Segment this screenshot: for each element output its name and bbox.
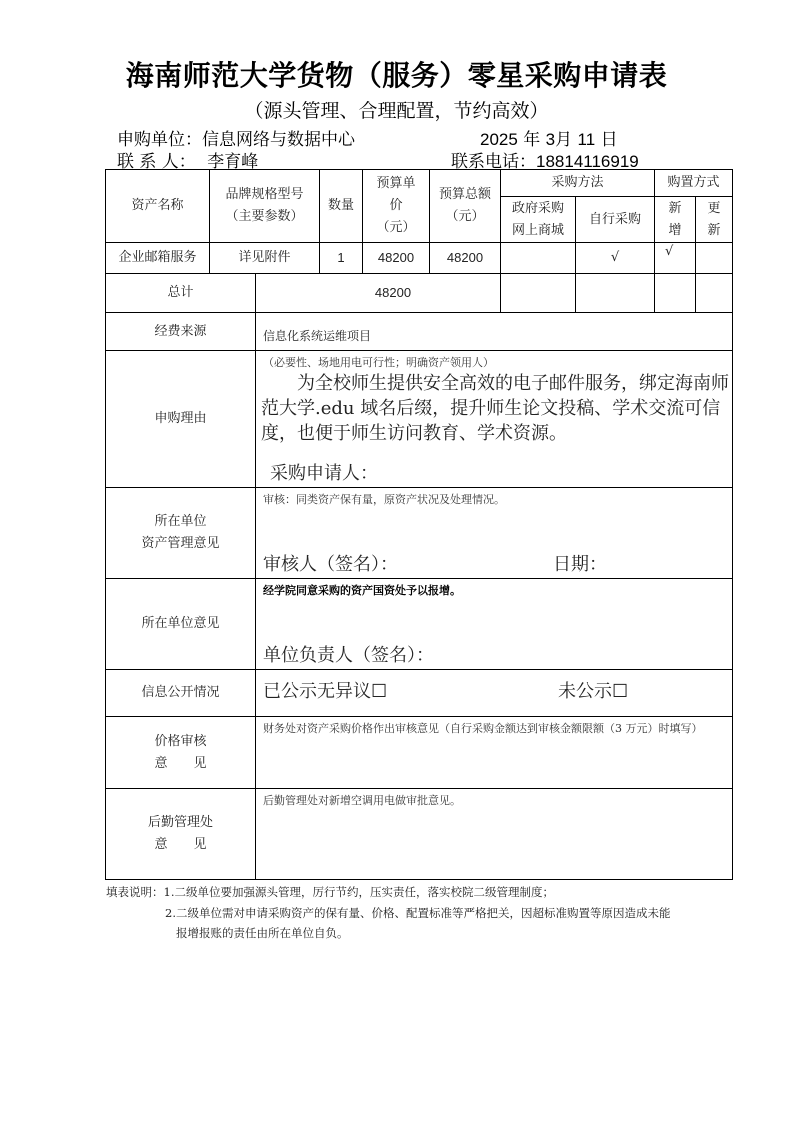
reason-hint: （必要性、场地用电可行性；明确资产领用人） <box>263 356 494 370</box>
header-purchase-type: 购置方式 <box>655 170 733 197</box>
header-unit-price: 预算单 价 （元） <box>363 170 430 243</box>
logistics-label: 后勤管理处 意 见 <box>106 789 256 880</box>
footnote-1: 填表说明：1.二级单位要加强源头管理，厉行节约，压实责任，落实校院二级管理制度； <box>106 884 554 900</box>
cell-self-purchase-checkmark[interactable]: √ <box>576 243 655 274</box>
price-review-label-line1: 价格审核 <box>106 731 255 753</box>
reason-field[interactable]: （必要性、场地用电可行性；明确资产领用人） 为全校师生提供安全高效的电子邮件服务… <box>256 351 733 488</box>
header-purchase-method: 采购方法 <box>501 170 655 197</box>
funding-label: 经费来源 <box>106 313 256 351</box>
header-new: 新 增 <box>655 197 696 243</box>
cell-renew[interactable] <box>696 243 733 274</box>
form-title: 海南师范大学货物（服务）零星采购申请表 <box>0 54 793 94</box>
logistics-row: 后勤管理处 意 见 后勤管理处对新增空调用电做审批意见。 <box>106 789 733 880</box>
unit-head-signature-label: 单位负责人（签名）： <box>263 645 434 667</box>
total-renew <box>696 274 733 313</box>
price-review-label: 价格审核 意 见 <box>106 717 256 789</box>
footnote-prefix: 填表说明： <box>106 885 164 899</box>
header-asset-name: 资产名称 <box>106 170 210 243</box>
asset-mgmt-label-line2: 资产管理意见 <box>106 533 255 555</box>
reason-row: 申购理由 （必要性、场地用电可行性；明确资产领用人） 为全校师生提供安全高效的电… <box>106 351 733 488</box>
disclosure-row: 信息公开情况 已公示无异议☐ 未公示☐ <box>106 670 733 717</box>
header-new-line1: 新 <box>655 198 695 220</box>
header-renew: 更 新 <box>696 197 733 243</box>
form-subtitle: （源头管理、合理配置，节约高效） <box>0 96 793 123</box>
price-review-hint: 财务处对资产采购价格作出审核意见（自行采购金额达到审核金额限额（3 万元）时填写… <box>263 722 703 736</box>
disclosure-field: 已公示无异议☐ 未公示☐ <box>256 670 733 717</box>
header-total-line1: 预算总额 <box>430 184 500 206</box>
total-gov-mall <box>501 274 576 313</box>
footnote-2: 2.二级单位需对申请采购资产的保有量、价格、配置标准等严格把关，因超标准购置等原… <box>165 905 670 921</box>
reason-body: 为全校师生提供安全高效的电子邮件服务，绑定海南师范大学.edu 域名后缀，提升师… <box>261 371 731 446</box>
logistics-hint: 后勤管理处对新增空调用电做审批意见。 <box>263 794 461 808</box>
cell-total: 48200 <box>430 243 501 274</box>
header-brand-spec-line1: 品牌规格型号 <box>210 184 319 206</box>
logistics-field[interactable]: 后勤管理处对新增空调用电做审批意见。 <box>256 789 733 880</box>
total-row: 总计 48200 <box>106 274 733 313</box>
asset-mgmt-label: 所在单位 资产管理意见 <box>106 488 256 579</box>
funding-value: 信息化系统运维项目 <box>263 325 371 347</box>
unit-opinion-field[interactable]: 经学院同意采购的资产国资处予以报增。 单位负责人（签名）： <box>256 579 733 670</box>
approval-table: 经费来源 信息化系统运维项目 申购理由 （必要性、场地用电可行性；明确资产领用人… <box>105 312 733 880</box>
cell-asset-name: 企业邮箱服务 <box>106 243 210 274</box>
logistics-label-line2: 意 见 <box>106 834 255 856</box>
header-renew-line2: 新 <box>696 220 732 242</box>
applicant-signature-label: 采购申请人： <box>270 463 378 485</box>
asset-mgmt-hint: 审核：同类资产保有量，原资产状况及处理情况。 <box>263 493 505 507</box>
header-self-purchase: 自行采购 <box>576 197 655 243</box>
checkbox-not-published[interactable]: 未公示☐ <box>558 681 628 703</box>
total-label: 总计 <box>106 274 256 313</box>
funding-row: 经费来源 信息化系统运维项目 <box>106 313 733 351</box>
cell-gov-mall[interactable] <box>501 243 576 274</box>
header-new-line2: 增 <box>655 220 695 242</box>
header-total-line2: （元） <box>430 206 500 228</box>
asset-mgmt-label-line1: 所在单位 <box>106 511 255 533</box>
header-unit-price-line3: （元） <box>363 217 429 239</box>
cell-brand-spec: 详见附件 <box>210 243 320 274</box>
header-brand-spec: 品牌规格型号 （主要参数） <box>210 170 320 243</box>
unit-opinion-row: 所在单位意见 经学院同意采购的资产国资处予以报增。 单位负责人（签名）： <box>106 579 733 670</box>
unit-opinion-label: 所在单位意见 <box>106 579 256 670</box>
unit-opinion-hint: 经学院同意采购的资产国资处予以报增。 <box>263 584 461 598</box>
procurement-table: 资产名称 品牌规格型号 （主要参数） 数量 预算单 价 （元） 预算总额 （元）… <box>105 169 733 313</box>
header-gov-mall-line1: 政府采购 <box>501 198 575 220</box>
price-review-row: 价格审核 意 见 财务处对资产采购价格作出审核意见（自行采购金额达到审核金额限额… <box>106 717 733 789</box>
header-quantity: 数量 <box>320 170 363 243</box>
header-total: 预算总额 （元） <box>430 170 501 243</box>
price-review-label-line2: 意 见 <box>106 753 255 775</box>
reviewer-signature-label: 审核人（签名）： <box>263 554 398 576</box>
header-unit-price-line2: 价 <box>363 195 429 217</box>
header-unit-price-line1: 预算单 <box>363 173 429 195</box>
disclosure-label: 信息公开情况 <box>106 670 256 717</box>
footnote-item-1: 1.二级单位要加强源头管理，厉行节约，压实责任，落实校院二级管理制度； <box>164 885 554 899</box>
header-brand-spec-line2: （主要参数） <box>210 206 319 228</box>
logistics-label-line1: 后勤管理处 <box>106 812 255 834</box>
header-gov-mall: 政府采购 网上商城 <box>501 197 576 243</box>
asset-mgmt-row: 所在单位 资产管理意见 审核：同类资产保有量，原资产状况及处理情况。 审核人（签… <box>106 488 733 579</box>
table-row: 企业邮箱服务 详见附件 1 48200 48200 √ √ <box>106 243 733 274</box>
total-self-purchase <box>576 274 655 313</box>
checkbox-published-no-objection[interactable]: 已公示无异议☐ <box>263 681 387 703</box>
asset-mgmt-field[interactable]: 审核：同类资产保有量，原资产状况及处理情况。 审核人（签名）： 日期： <box>256 488 733 579</box>
header-gov-mall-line2: 网上商城 <box>501 220 575 242</box>
header-renew-line1: 更 <box>696 198 732 220</box>
funding-field[interactable]: 信息化系统运维项目 <box>256 313 733 351</box>
cell-new-checkmark[interactable]: √ <box>655 243 696 274</box>
reason-label: 申购理由 <box>106 351 256 488</box>
cell-quantity: 1 <box>320 243 363 274</box>
cell-unit-price: 48200 <box>363 243 430 274</box>
price-review-field[interactable]: 财务处对资产采购价格作出审核意见（自行采购金额达到审核金额限额（3 万元）时填写… <box>256 717 733 789</box>
total-new <box>655 274 696 313</box>
total-value: 48200 <box>256 274 501 313</box>
footnote-2-cont: 报增报账的责任由所在单位自负。 <box>176 925 349 941</box>
review-date-label: 日期： <box>553 554 607 576</box>
